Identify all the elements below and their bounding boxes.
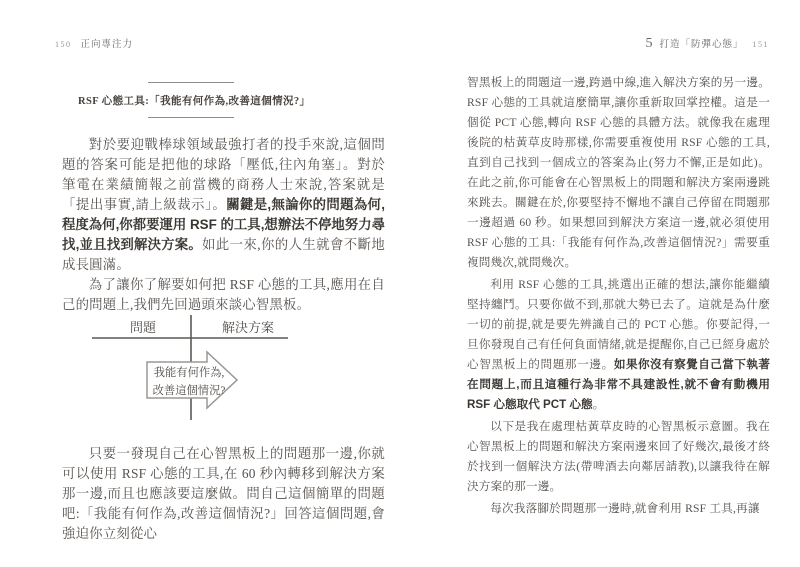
right-arrow-shape bbox=[147, 352, 237, 408]
section-heading-block: RSF 心態工具:「我能有何作為,改善這個情況?」 bbox=[78, 82, 304, 118]
book-spread: 150正向專注力 RSF 心態工具:「我能有何作為,改善這個情況?」 對於要迎戰… bbox=[0, 0, 800, 567]
left-body-lower: 只要一發現自己在心智黑板上的問題那一邊,你就可以使用 RSF 心態的工具,在 6… bbox=[62, 444, 385, 544]
left-page-header: 150正向專注力 bbox=[55, 36, 133, 50]
arrow-text-line1: 我能有何作為, bbox=[154, 365, 225, 379]
paragraph: 只要一發現自己在心智黑板上的問題那一邊,你就可以使用 RSF 心態的工具,在 6… bbox=[62, 444, 385, 544]
paragraph: 智黑板上的問題這一邊,跨過中線,進入解決方案的另一邊。RSF 心態的工具就這麼簡… bbox=[467, 73, 770, 273]
chapter-number: 5 bbox=[645, 36, 652, 51]
paragraph: 每次我落腳於問題那一邊時,就會利用 RSF 工具,再讓 bbox=[467, 499, 770, 519]
left-body-upper: 對於要迎戰棒球領域最強打者的投手來說,這個問題的答案可能是把他的球路「壓低,往內… bbox=[62, 135, 385, 315]
heading-rule-bottom bbox=[148, 117, 234, 118]
paragraph: 對於要迎戰棒球領域最強打者的投手來說,這個問題的答案可能是把他的球路「壓低,往內… bbox=[62, 135, 385, 275]
left-page-number: 150 bbox=[55, 40, 72, 49]
heading-rule-top bbox=[148, 82, 234, 83]
diagram-solution-label: 解決方案 bbox=[222, 320, 274, 335]
right-body: 智黑板上的問題這一邊,跨過中線,進入解決方案的另一邊。RSF 心態的工具就這麼簡… bbox=[467, 73, 770, 521]
arrow-text-line2: 改善這個情況? bbox=[153, 383, 226, 397]
right-page-number: 151 bbox=[753, 40, 770, 49]
right-running-title: 打造「防彈心態」 bbox=[659, 40, 743, 50]
paragraph: 利用 RSF 心態的工具,挑選出正確的想法,讓你能繼續堅持纏鬥。只要你做不到,那… bbox=[467, 275, 770, 415]
mental-chalkboard-diagram: 問題 解決方案 我能有何作為, 改善這個情況? bbox=[88, 306, 298, 428]
left-page: 150正向專注力 RSF 心態工具:「我能有何作為,改善這個情況?」 對於要迎戰… bbox=[0, 0, 400, 567]
left-running-title: 正向專注力 bbox=[81, 40, 134, 50]
diagram-problem-label: 問題 bbox=[130, 320, 157, 335]
paragraph: 以下是我在處理枯黃草皮時的心智黑板示意圖。我在心智黑板上的問題和解決方案兩邊來回… bbox=[467, 417, 770, 497]
right-page-header: 5打造「防彈心態」151 bbox=[645, 36, 769, 52]
right-page: 5打造「防彈心態」151 智黑板上的問題這一邊,跨過中線,進入解決方案的另一邊。… bbox=[400, 0, 800, 567]
section-heading: RSF 心態工具:「我能有何作為,改善這個情況?」 bbox=[78, 93, 304, 108]
